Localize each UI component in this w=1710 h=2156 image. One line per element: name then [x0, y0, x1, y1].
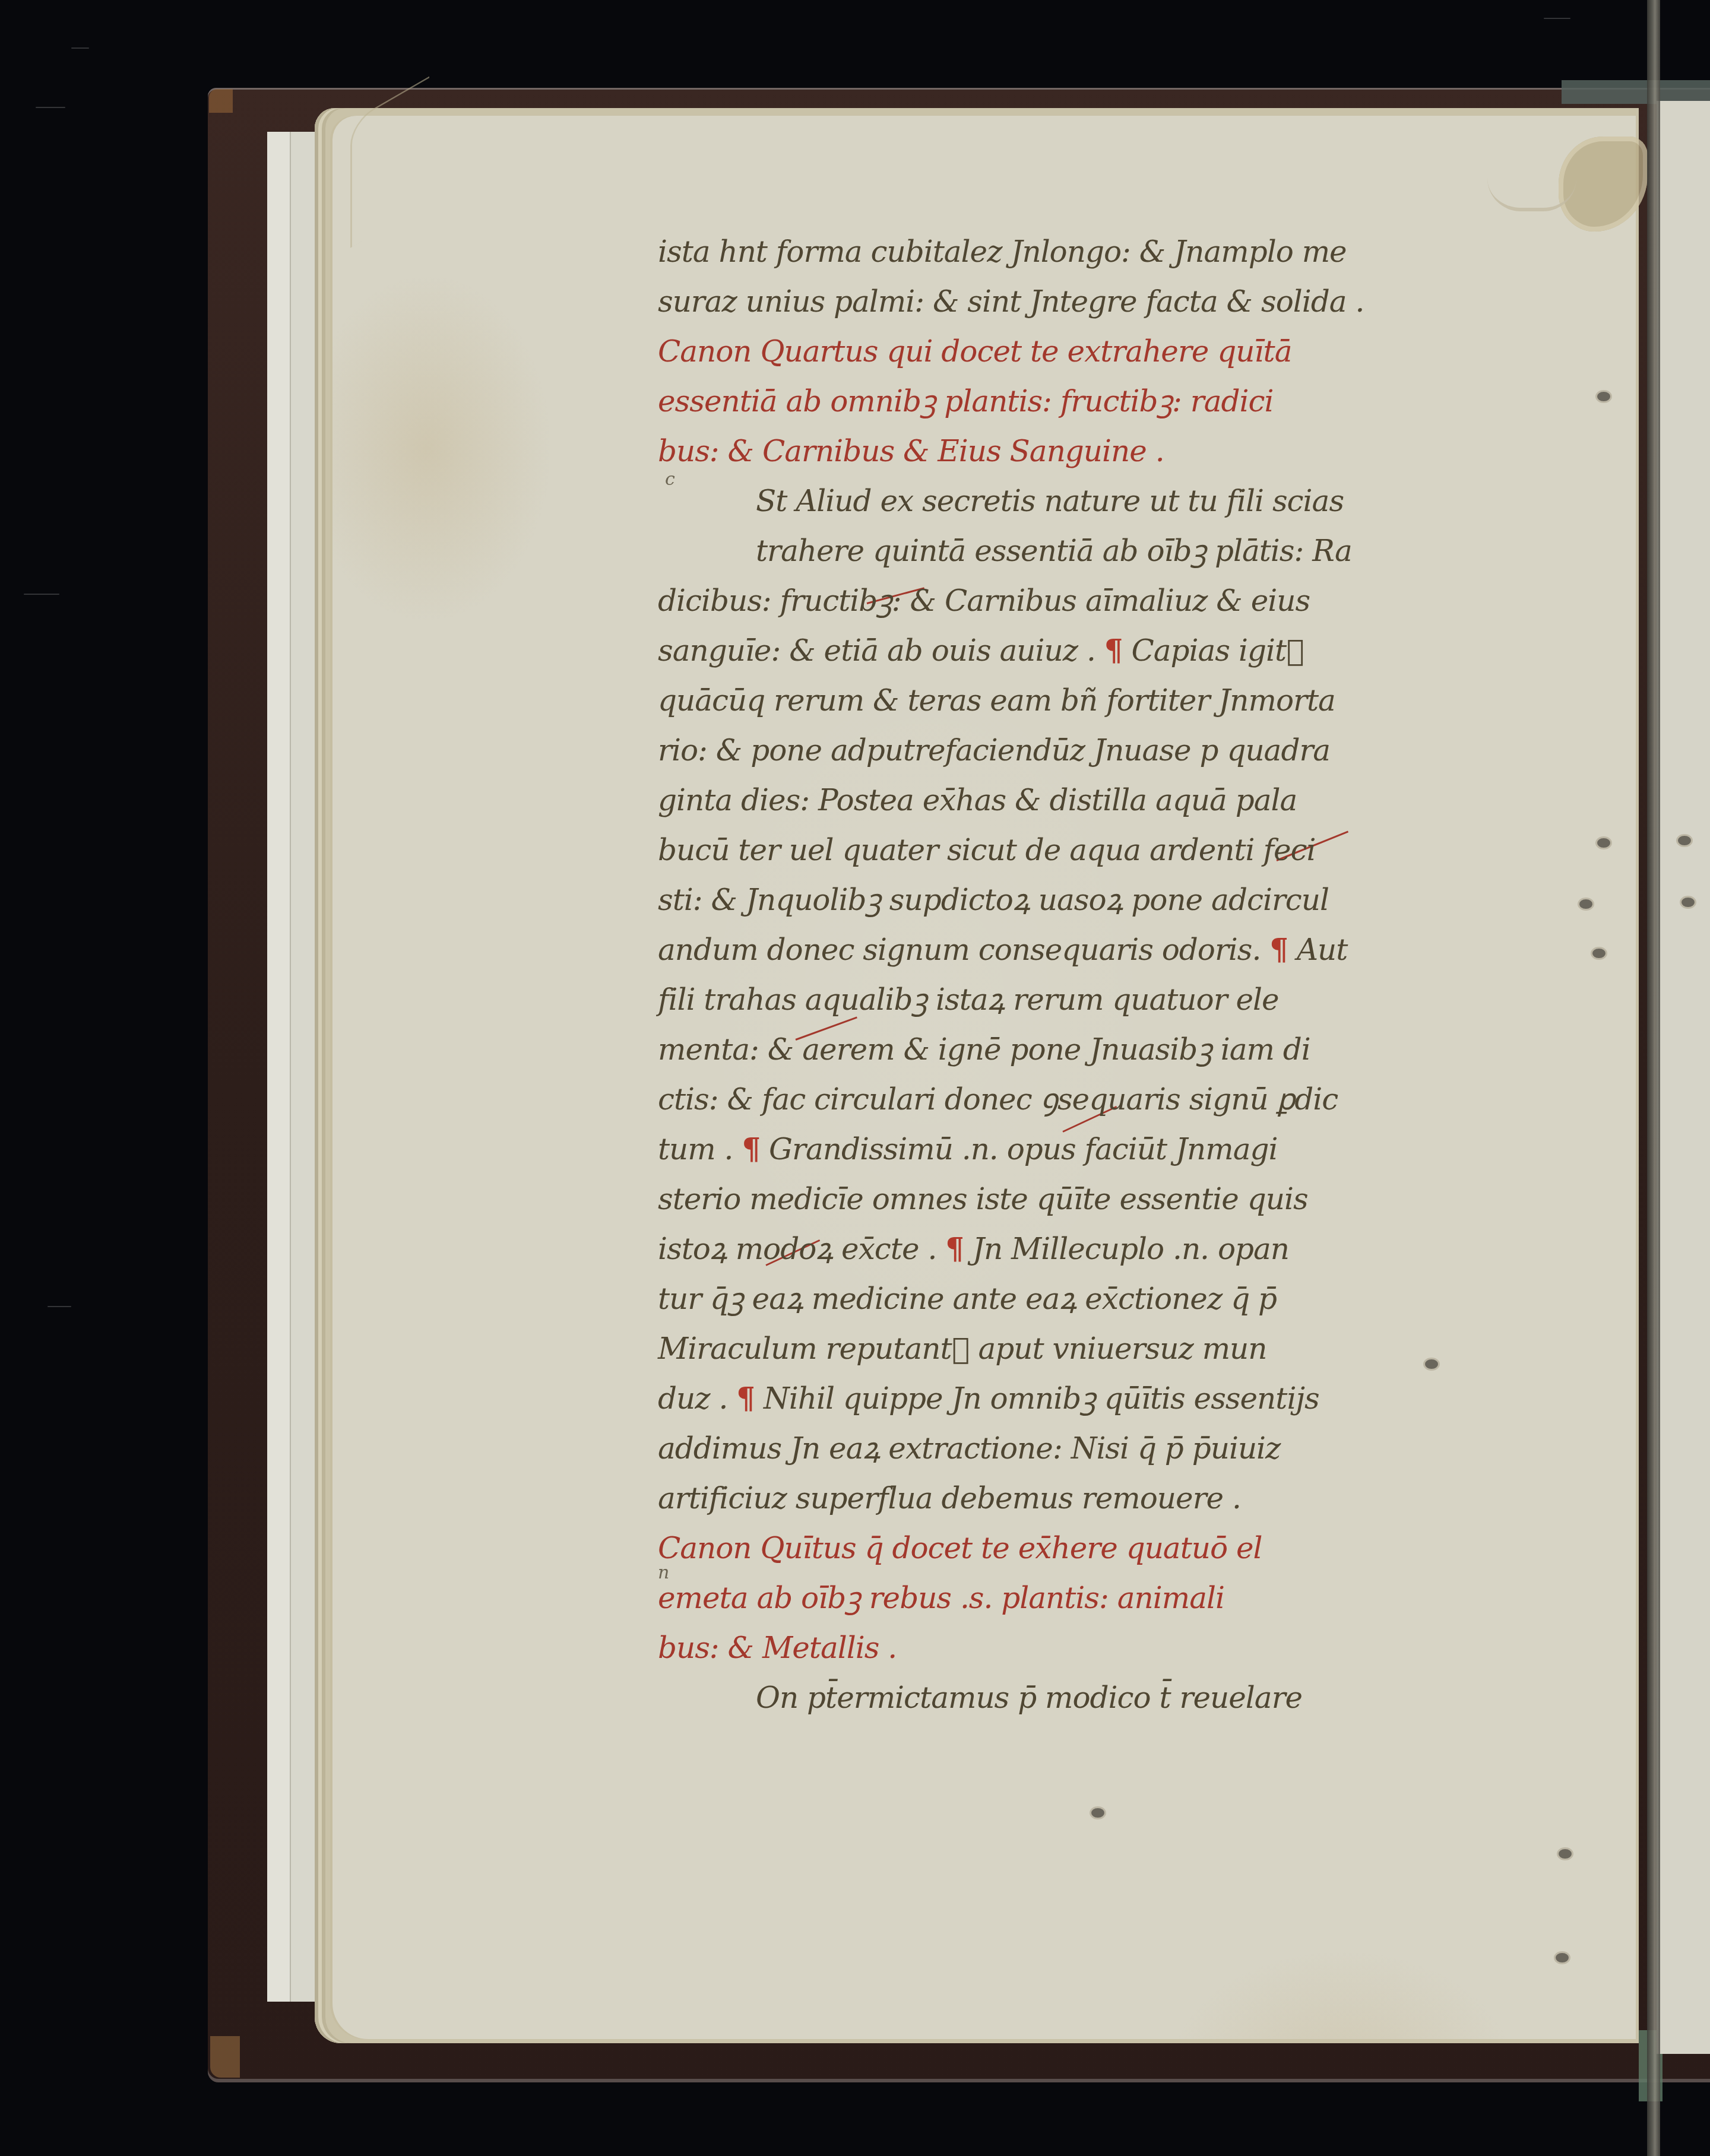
scratch — [36, 107, 65, 108]
text-line: sterio medicīe omnes iste qūīte essentie… — [658, 1174, 1525, 1224]
adjacent-leaf — [1657, 101, 1710, 2054]
text-line: bucū ter uel quater sicut de aqua ardent… — [658, 825, 1525, 875]
rubric-heading-line: bus: & Metallis . — [658, 1623, 1525, 1673]
text-line: trahere quintā essentiā ab oībꝫ plātis: … — [658, 526, 1525, 576]
rubric-heading-line: Canon Quītus q̄ docet te ex̄here quatuō … — [658, 1523, 1525, 1573]
text-line: ista hnt forma cubitalez Jnlongo: & Jnam… — [658, 227, 1525, 277]
glass-weight-bar — [1647, 0, 1660, 2156]
wormhole — [1681, 898, 1695, 907]
scratch — [1544, 18, 1570, 19]
text-line: suraz unius palmi: & sint Jntegre facta … — [658, 277, 1525, 326]
text-line: dicibus: fructibꝫ: & Carnibus aīmaliuz &… — [658, 576, 1525, 626]
binding-corner-wear — [209, 89, 233, 113]
rubric-heading-line: essentiā ab omnibꝫ plantis: fructibꝫ: ra… — [658, 376, 1525, 426]
wormhole — [1091, 1808, 1104, 1818]
text-line: quācūq rerum & teras eam bñ fortiter Jnm… — [658, 676, 1525, 725]
wormhole — [1597, 392, 1610, 401]
scratch — [47, 1306, 71, 1307]
text-line: sti: & Jnquolibꝫ supdictoꝝ uasoꝝ pone ad… — [658, 875, 1525, 925]
text-line: duz . ¶ Nihil quippe Jn omnibꝫ qūītis es… — [658, 1374, 1525, 1423]
scratch — [71, 47, 89, 49]
wormhole — [1559, 1849, 1572, 1859]
pilcrow-mark: ¶ — [742, 1131, 760, 1166]
text-line: On pt̄ermictamus p̄ modico t̄ reuelare — [658, 1673, 1525, 1723]
pilcrow-mark: ¶ — [1104, 633, 1123, 668]
rubric-heading-line: bus: & Carnibus & Eius Sanguine . — [658, 426, 1525, 476]
text-line: menta: & aerem & ignē pone Jnuasibꝫ iam … — [658, 1025, 1525, 1074]
wormhole — [1678, 836, 1691, 845]
text-line: tur q̄ꝫ eaꝝ medicine ante eaꝝ ex̄ctionez… — [658, 1274, 1525, 1324]
pilcrow-mark: ¶ — [1269, 932, 1288, 967]
text-line: fili trahas aqualibꝫ istaꝝ rerum quatuor… — [658, 975, 1525, 1025]
text-line: addimus Jn eaꝝ extractione: Nisi q̄ p̄ p… — [658, 1423, 1525, 1473]
binding-corner-wear — [210, 2036, 240, 2078]
text-line: sanguīe: & etiā ab ouis auiuz . ¶ Capias… — [658, 626, 1525, 676]
text-line: St Aliud ex secretis nature ut tu fili s… — [658, 476, 1525, 526]
text-line: istoꝝ modoꝝ ex̄cte . ¶ Jn Millecuplo .n.… — [658, 1224, 1525, 1274]
text-line: artificiuz superflua debemus remouere . — [658, 1473, 1525, 1523]
text-line: ginta dies: Postea ex̄has & distilla aqu… — [658, 775, 1525, 825]
pilcrow-mark: ¶ — [736, 1381, 755, 1416]
rubric-heading-line: emeta ab oībꝫ rebus .s. plantis: animali — [658, 1573, 1525, 1623]
wormhole — [1556, 1953, 1569, 1962]
manuscript-text-block: ista hnt forma cubitalez Jnlongo: & Jnam… — [658, 227, 1525, 1723]
text-line: tum . ¶ Grandissimū .n. opus faciūt Jnma… — [658, 1124, 1525, 1174]
wormhole — [1579, 899, 1592, 909]
wormhole — [1597, 838, 1610, 848]
pilcrow-mark: ¶ — [945, 1231, 964, 1266]
scratch — [24, 594, 59, 595]
text-line: Miraculum reputantᷓ aput vniuersuz mun — [658, 1324, 1525, 1374]
spine-cloth — [1562, 80, 1710, 104]
text-line: rio: & pone adputrefaciendūz Jnuase p qu… — [658, 725, 1525, 775]
wormhole — [1592, 949, 1605, 958]
text-line: ctis: & fac circulari donec ꝯsequaris si… — [658, 1074, 1525, 1124]
text-line: andum donec signum consequaris odoris. ¶… — [658, 925, 1525, 975]
rubric-heading-line: Canon Quartus qui docet te extrahere quī… — [658, 326, 1525, 376]
